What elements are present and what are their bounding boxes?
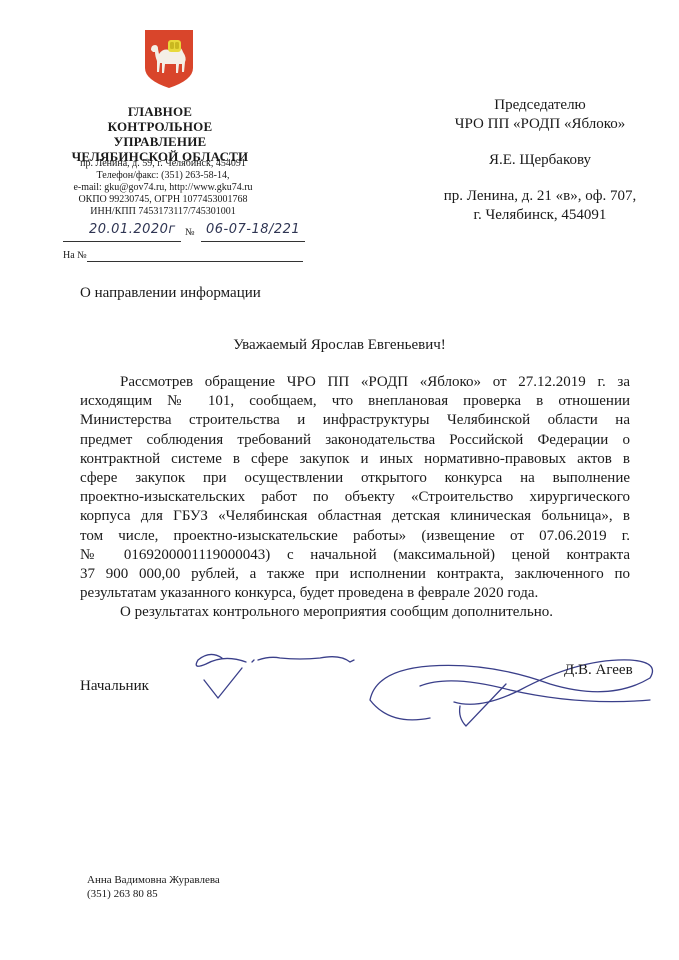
addressee-name: Я.Е. Щербакову — [420, 151, 660, 170]
body-line: 37 900 000,00 рублей, а также при исполн… — [80, 565, 630, 584]
body-line: № 0169200001119000043) с начальной (макс… — [80, 546, 630, 565]
registration-number: 06-07-18/221 — [206, 222, 300, 237]
executor-name: Анна Вадимовна Журавлева — [87, 873, 220, 887]
body-line: предмет соблюдения требований законодате… — [80, 431, 630, 450]
body-line: исходящим № 101, сообщаем, что внепланов… — [80, 392, 630, 411]
body-line: сфере закупок при осуществлении открытог… — [80, 469, 630, 488]
organization-name: ГЛАВНОЕ КОНТРОЛЬНОЕ УПРАВЛЕНИЕ ЧЕЛЯБИНСК… — [60, 104, 260, 164]
body-line: корпуса для ГБУЗ «Челябинская областная … — [80, 507, 630, 526]
handwritten-signature-icon — [190, 640, 660, 740]
addressee-title: Председателю — [420, 96, 660, 115]
coat-of-arms-icon — [143, 28, 195, 90]
body-line: проектно-изыскательских работ по объекту… — [80, 488, 630, 507]
addressee-organization: ЧРО ПП «РОДП «Яблоко» — [420, 115, 660, 134]
addressee-address-city: г. Челябинск, 454091 — [420, 206, 660, 225]
okpo-ogrn: ОКПО 99230745, ОГРН 1077453001768 — [68, 194, 258, 206]
body-line: результатам указанного конкурса, будет п… — [80, 584, 630, 603]
address: пр. Ленина, д. 59, г. Челябинск, 454091 — [68, 158, 258, 170]
salutation: Уважаемый Ярослав Евгеньевич! — [0, 337, 679, 354]
body-paragraph-2: О результатах контрольного мероприятия с… — [80, 603, 630, 622]
reference-label: На № — [63, 250, 87, 261]
executor-phone: (351) 263 80 85 — [87, 887, 220, 901]
addressee-address-street: пр. Ленина, д. 21 «в», оф. 707, — [420, 187, 660, 206]
organization-contacts: пр. Ленина, д. 59, г. Челябинск, 454091 … — [68, 158, 258, 218]
letter-body: Рассмотрев обращение ЧРО ПП «РОДП «Яблок… — [80, 373, 630, 623]
signer-name: Д.В. Агеев — [564, 662, 633, 679]
registration-line: 20.01.2020г № 06-07-18/221 — [63, 222, 321, 242]
email-website: e-mail: gku@gov74.ru, http://www.gku74.r… — [68, 182, 258, 194]
inn-kpp: ИНН/КПП 7453173117/745301001 — [68, 206, 258, 218]
number-label: № — [185, 227, 195, 238]
body-line: контрактной системе в сфере закупок и ин… — [80, 450, 630, 469]
addressee-block: Председателю ЧРО ПП «РОДП «Яблоко» Я.Е. … — [420, 96, 660, 225]
letter-subject: О направлении информации — [80, 285, 261, 302]
body-line: Рассмотрев обращение ЧРО ПП «РОДП «Яблок… — [80, 373, 630, 392]
reference-line: На № — [63, 250, 303, 264]
body-line: Министерства строительства и инфраструкт… — [80, 411, 630, 430]
body-line: том числе, проектно-изыскательские работ… — [80, 527, 630, 546]
registration-date: 20.01.2020г — [89, 222, 176, 237]
signer-position: Начальник — [80, 678, 149, 695]
executor-block: Анна Вадимовна Журавлева (351) 263 80 85 — [87, 873, 220, 901]
phone-fax: Телефон/факс: (351) 263-58-14, — [68, 170, 258, 182]
